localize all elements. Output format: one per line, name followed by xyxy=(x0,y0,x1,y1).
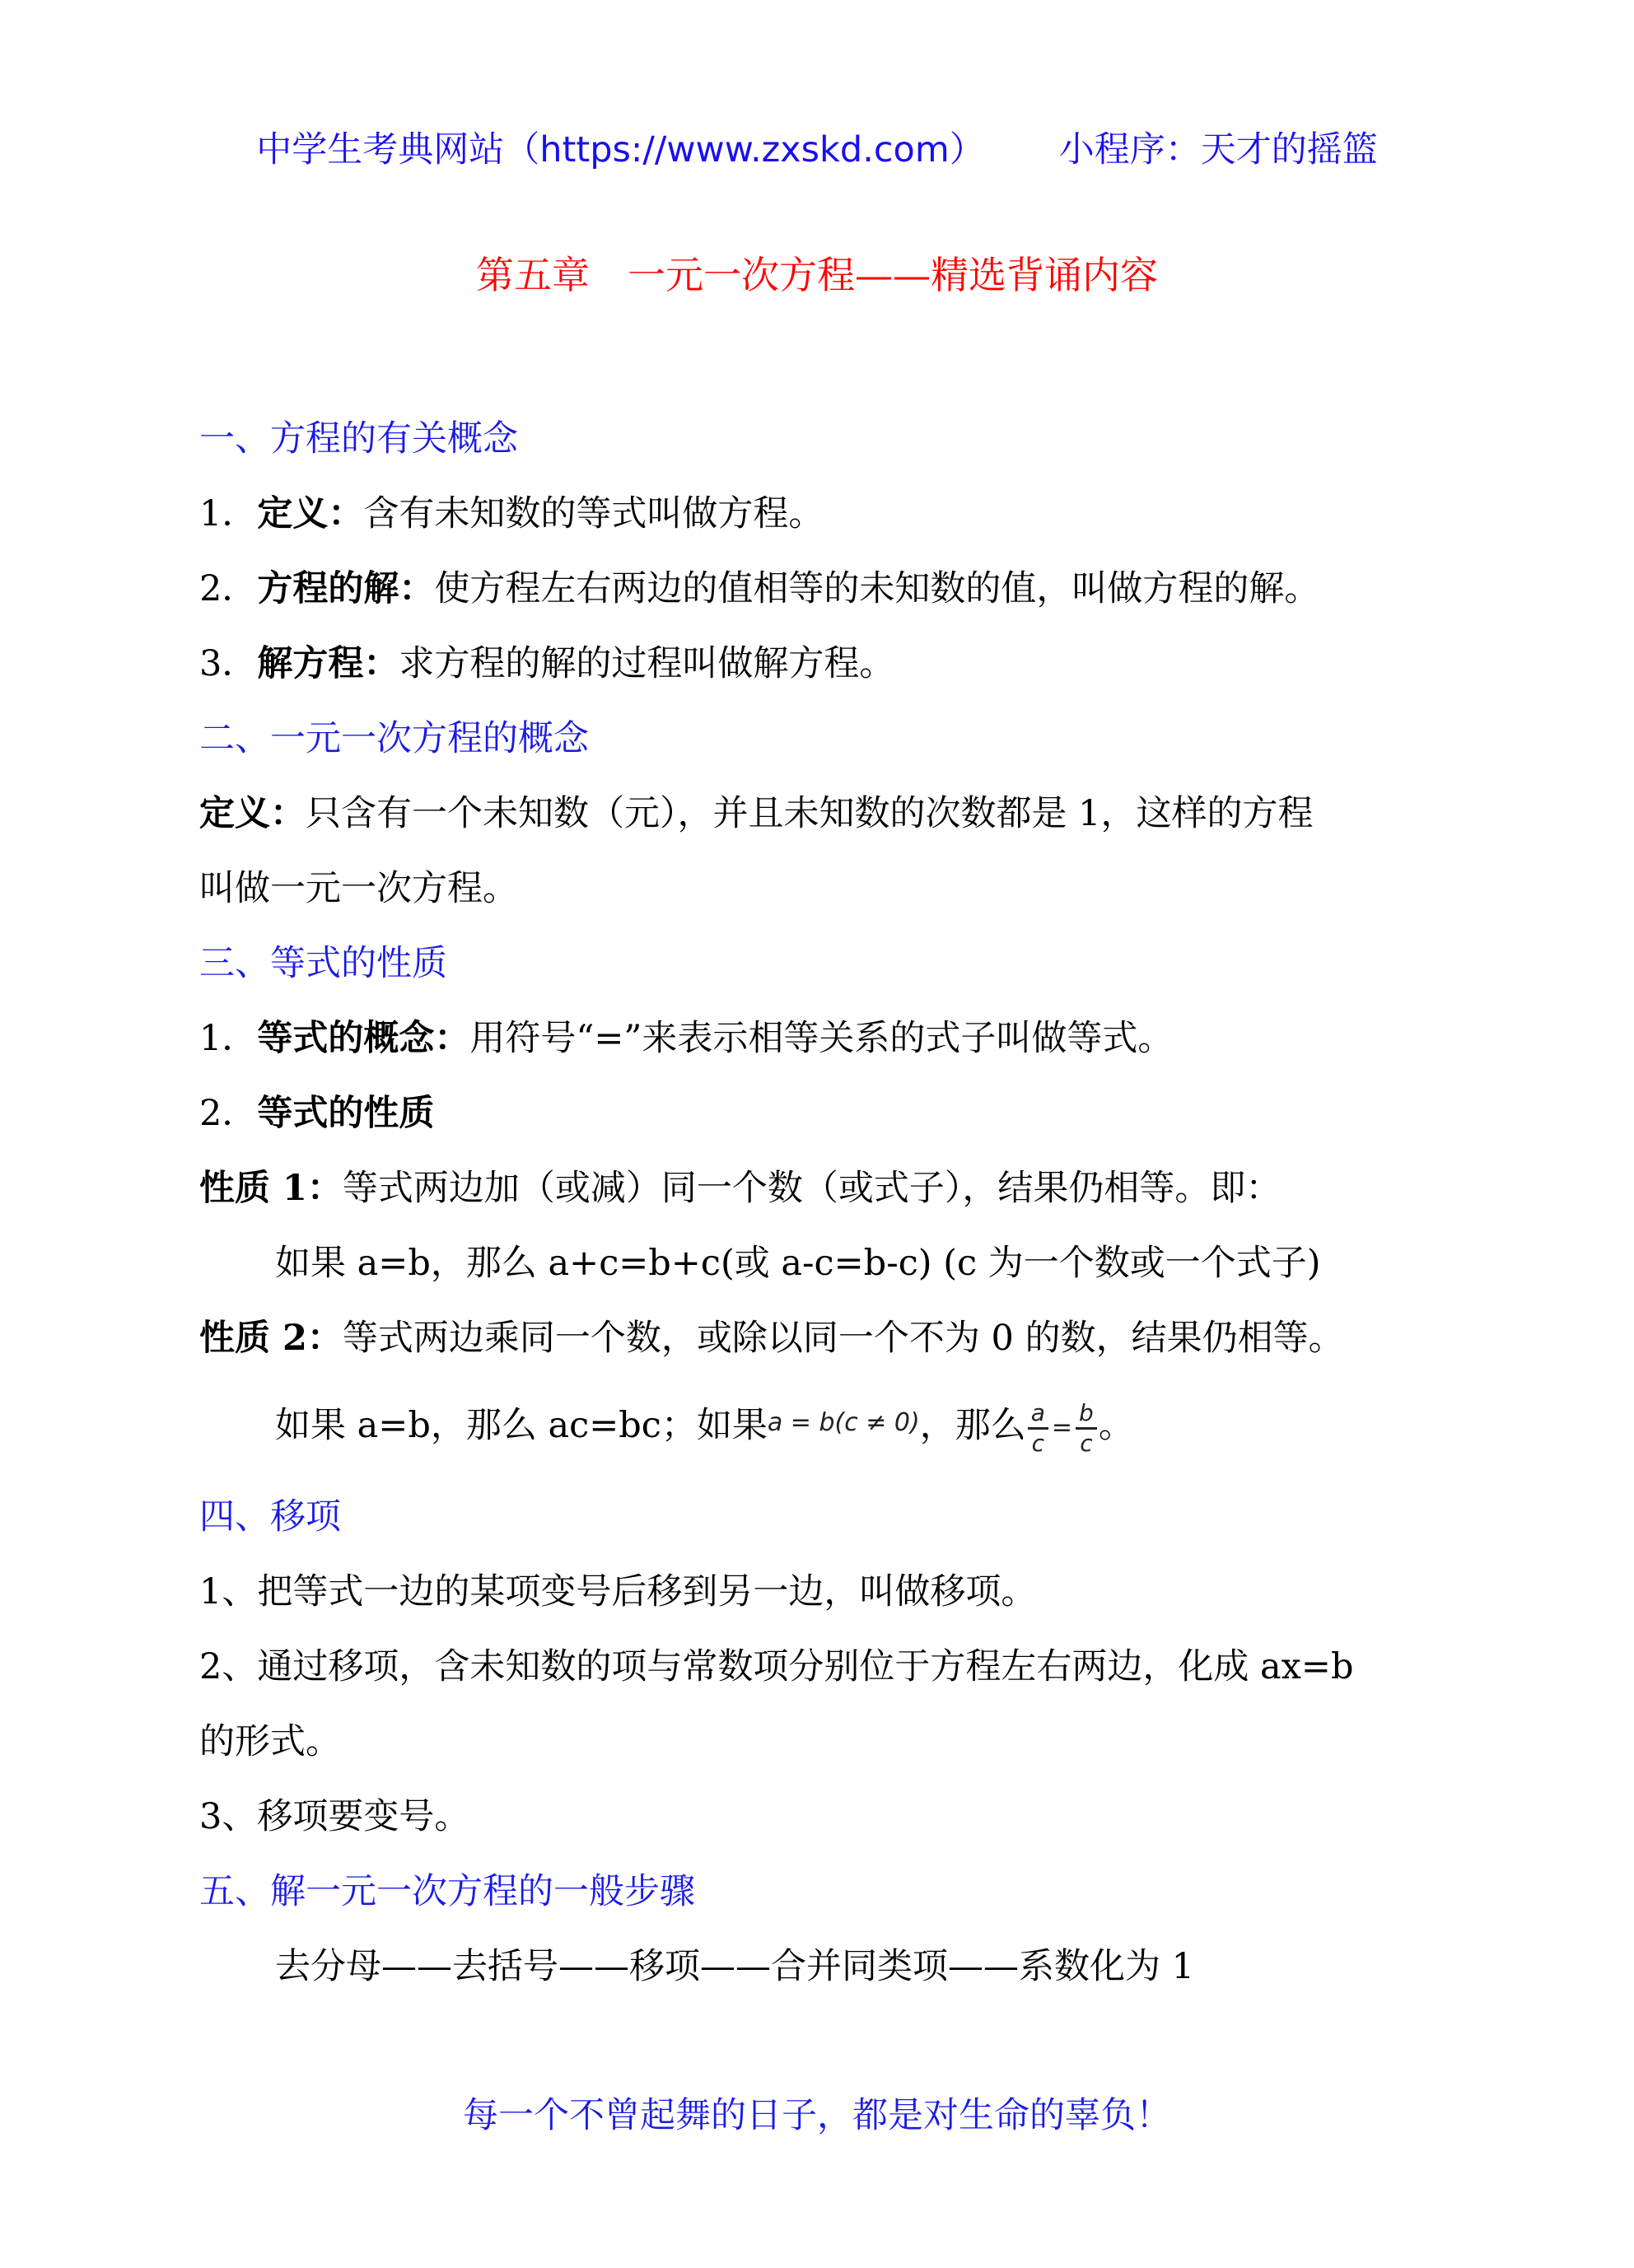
item-number: 2． xyxy=(199,1093,257,1134)
example-prefix: 如果 a=b，那么 ac=bc；如果 xyxy=(275,1405,768,1446)
list-item: 的形式。 xyxy=(199,1717,341,1766)
list-item: 3．解方程：求方程的解的过程叫做解方程。 xyxy=(199,639,894,688)
section-heading-2: 二、一元一次方程的概念 xyxy=(199,714,589,763)
property-1-example: 如果 a=b，那么 a+c=b+c(或 a-c=b-c) (c 为一个数或一个式… xyxy=(275,1239,1321,1288)
term: 等式的性质 xyxy=(257,1093,434,1134)
property-2: 性质 2：等式两边乘同一个数，或除以同一个不为 0 的数，结果仍相等。 xyxy=(199,1314,1344,1363)
example-end: 。 xyxy=(1099,1405,1134,1446)
definition-text: 只含有一个未知数（元），并且未知数的次数都是 1，这样的方程 xyxy=(306,793,1314,834)
property-2-example: 如果 a=b，那么 ac=bc；如果a = b(c ≠ 0)，那么ac=bc。 xyxy=(275,1398,1134,1458)
definition-line-1: 定义：只含有一个未知数（元），并且未知数的次数都是 1，这样的方程 xyxy=(199,789,1314,838)
fraction-a-over-c: ac xyxy=(1028,1399,1048,1458)
list-item: 1．等式的概念：用符号“=”来表示相等关系的式子叫做等式。 xyxy=(199,1014,1173,1063)
math-condition: a = b(c ≠ 0) xyxy=(768,1408,920,1437)
denominator: c xyxy=(1028,1430,1048,1458)
site-header: 中学生考典网站（https://www.zxskd.com）小程序：天才的摇篮 xyxy=(0,125,1634,175)
list-item: 3、移项要变号。 xyxy=(199,1792,469,1841)
term: 方程的解： xyxy=(257,568,434,609)
section-heading-5: 五、解一元一次方程的一般步骤 xyxy=(199,1867,695,1916)
item-number: 2． xyxy=(199,568,257,609)
chapter-title: 第五章一元一次方程——精选背诵内容 xyxy=(0,250,1634,300)
item-number: 3． xyxy=(199,643,257,684)
solving-steps: 去分母——去括号——移项——合并同类项——系数化为 1 xyxy=(275,1942,1194,1991)
term: 定义： xyxy=(257,493,363,534)
chapter-name: 一元一次方程——精选背诵内容 xyxy=(628,253,1158,297)
item-text: 使方程左右两边的值相等的未知数的值，叫做方程的解。 xyxy=(434,568,1319,609)
property-label: 性质 2： xyxy=(199,1318,343,1359)
item-text: 求方程的解的过程叫做解方程。 xyxy=(399,643,894,684)
section-heading-1: 一、方程的有关概念 xyxy=(199,414,518,464)
item-text: 用符号“=”来表示相等关系的式子叫做等式。 xyxy=(469,1018,1173,1059)
site-label: 中学生考典网站（https://www.zxskd.com） xyxy=(256,129,984,170)
chapter-number: 第五章 xyxy=(476,253,590,297)
list-item: 1、把等式一边的某项变号后移到另一边，叫做移项。 xyxy=(199,1567,1036,1617)
denominator: c xyxy=(1076,1430,1097,1458)
list-item: 1．定义：含有未知数的等式叫做方程。 xyxy=(199,489,824,539)
term: 解方程： xyxy=(257,643,399,684)
section-heading-3: 三、等式的性质 xyxy=(199,939,447,988)
list-item: 2、通过移项，含未知数的项与常数项分别位于方程左右两边，化成 ax=b xyxy=(199,1642,1353,1692)
property-label: 性质 1： xyxy=(199,1168,343,1209)
example-mid: ，那么 xyxy=(920,1405,1026,1446)
term: 等式的概念： xyxy=(257,1018,469,1059)
definition-line-2: 叫做一元一次方程。 xyxy=(199,864,518,913)
numerator: a xyxy=(1028,1399,1048,1430)
list-item: 2．方程的解：使方程左右两边的值相等的未知数的值，叫做方程的解。 xyxy=(199,564,1319,614)
item-text: 含有未知数的等式叫做方程。 xyxy=(363,493,824,534)
numerator: b xyxy=(1076,1399,1097,1430)
equals-sign: = xyxy=(1052,1403,1072,1453)
miniprogram-label: 小程序：天才的摇篮 xyxy=(1059,129,1378,170)
item-number: 1． xyxy=(199,1018,257,1059)
item-number: 1． xyxy=(199,493,257,534)
property-1: 性质 1：等式两边加（或减）同一个数（或式子），结果仍相等。即： xyxy=(199,1164,1281,1213)
property-text: 等式两边加（或减）同一个数（或式子），结果仍相等。即： xyxy=(343,1168,1282,1209)
list-item: 2．等式的性质 xyxy=(199,1089,434,1138)
property-text: 等式两边乘同一个数，或除以同一个不为 0 的数，结果仍相等。 xyxy=(343,1318,1344,1359)
fraction-b-over-c: bc xyxy=(1076,1399,1097,1458)
term: 定义： xyxy=(199,793,306,834)
footer-motto: 每一个不曾起舞的日子，都是对生命的辜负！ xyxy=(0,2091,1634,2140)
section-heading-4: 四、移项 xyxy=(199,1492,341,1542)
